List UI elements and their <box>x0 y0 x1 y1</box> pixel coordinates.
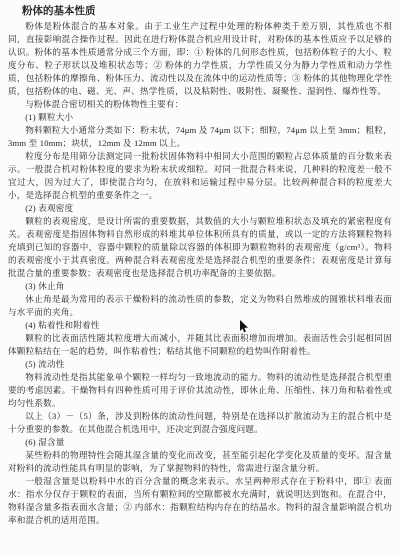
intro-paragraph: 粉体是粉体混合的基本对象。由于工业生产过程中处理的粉体种类千差万别，其性质也不相… <box>8 20 392 98</box>
section-1-paragraph: 物料颗粒大小通常分类如下：粉末状，74μm 及 74μm 以下；细粒，74μm … <box>8 124 392 150</box>
section-6-paragraph: 某些粉料的物理特性会随其湿含量的变化而改变，甚至能引起化学变化及质量的变坏。湿含… <box>8 449 392 475</box>
section-5-paragraph: 以上（3）－（5）条，涉及到粉体的流动性问题，特别是在选择以扩散流动为主的混合机… <box>8 410 392 436</box>
section-4-paragraph: 颗粒的比表面活性随其粒度增大而减小，并随其比表面积增加而增加。表面活性会引起相同… <box>8 332 392 358</box>
section-3-heading: (3) 休止角 <box>8 280 392 293</box>
document-page: 粉体的基本性质 粉体是粉体混合的基本对象。由于工业生产过程中处理的粉体种类千差万… <box>0 0 400 554</box>
section-3-paragraph: 休止角是最为常用的表示干燥粉料的流动性质的参数，定义为物料自然堆成的圆锥状料堆表… <box>8 293 392 319</box>
section-1-heading: (1) 颗粒大小 <box>8 111 392 124</box>
lead-in-line: 与粉体混合密切相关的粉体物性主要有： <box>8 98 392 111</box>
section-2-heading: (2) 表观密度 <box>8 202 392 215</box>
section-1-paragraph: 粒度分布是用筛分法测定同一批粉状固体物料中相同大小范围的颗粒占总体质量的百分数来… <box>8 150 392 202</box>
section-5-paragraph: 物料流动性是指其能象单个颗粒一样均匀一致地流动的能力。物料的流动性是选择混合机型… <box>8 371 392 410</box>
section-6-paragraph: 一般湿含量是以粉料中水的百分含量的概念来表示。水呈两种形式存在于粉料中，即① 表… <box>8 475 392 527</box>
section-4-heading: (4) 粘着性和附着性 <box>8 319 392 332</box>
section-5-heading: (5) 流动性 <box>8 358 392 371</box>
page-title: 粉体的基本性质 <box>8 5 392 19</box>
section-6-heading: (6) 湿含量 <box>8 436 392 449</box>
section-2-paragraph: 颗粒的表观密度，是设计所需的重要数据，其数值的大小与颗粒堆积状态及填充的紧密程度… <box>8 215 392 280</box>
